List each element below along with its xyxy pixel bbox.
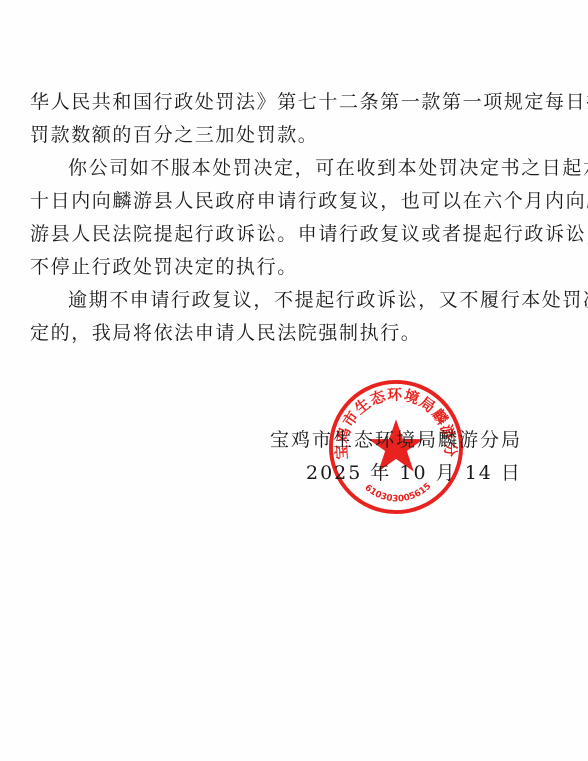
body-line: 十日内向麟游县人民政府申请行政复议，也可以在六个月内向麟	[30, 189, 588, 213]
issuer-name: 宝鸡市生态环境局麟游分局	[270, 428, 522, 452]
body-line: 游县人民法院提起行政诉讼。申请行政复议或者提起行政诉讼，	[30, 222, 588, 246]
body-line: 定的，我局将依法申请人民法院强制执行。	[30, 321, 421, 345]
body-line: 华人民共和国行政处罚法》第七十二条第一款第一项规定每日按	[30, 90, 588, 114]
body-line: 罚款数额的百分之三加处罚款。	[30, 123, 318, 147]
issue-date: 2025 年 10 月 14 日	[306, 461, 522, 485]
document-page: 华人民共和国行政处罚法》第七十二条第一款第一项规定每日按 罚款数额的百分之三加处…	[0, 0, 588, 761]
body-line: 不停止行政处罚决定的执行。	[30, 255, 298, 279]
body-line: 逾期不申请行政复议，不提起行政诉讼，又不履行本处罚决	[68, 288, 588, 312]
body-line: 你公司如不服本处罚决定，可在收到本处罚决定书之日起六	[68, 156, 588, 180]
